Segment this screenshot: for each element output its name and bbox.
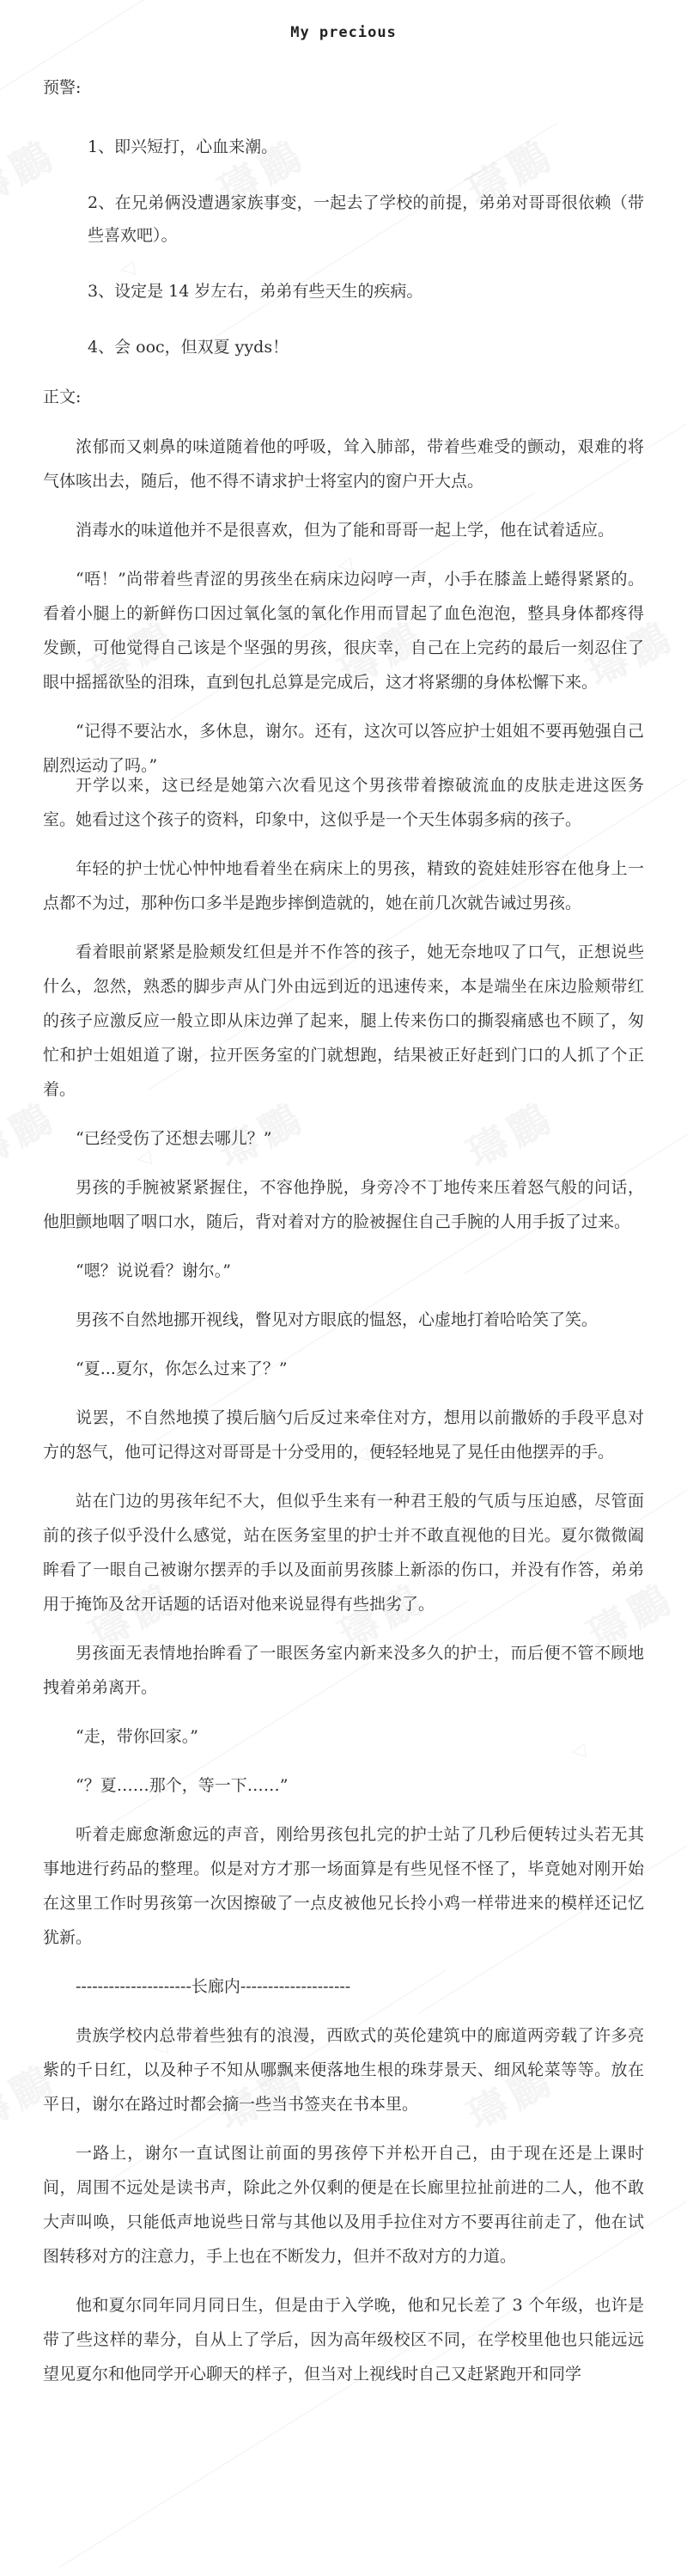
paragraph: “唔！”尚带着些青涩的男孩坐在病床边闷哼一声，小手在膝盖上蜷得紧紧的。看着小腿上… xyxy=(43,562,644,699)
paragraph: 年轻的护士忧心忡忡地看着坐在病床上的男孩，精致的瓷娃娃形容在他身上一点都不为过，… xyxy=(43,852,644,920)
paragraph: 说罢，不自然地摸了摸后脑勺后反过来牵住对方，想用以前撒娇的手段平息对方的怒气，他… xyxy=(43,1401,644,1469)
warning-item: 1、即兴短打，心血来潮。 xyxy=(88,131,644,163)
paragraph: “已经受伤了还想去哪儿？” xyxy=(43,1121,644,1156)
warning-item: 2、在兄弟俩没遭遇家族事变，一起去了学校的前提，弟弟对哥哥很依赖（带些喜欢吧）。 xyxy=(88,186,644,252)
document-content: My precious 预警: 1、即兴短打，心血来潮。2、在兄弟俩没遭遇家族事… xyxy=(0,0,687,2391)
paragraph: 听着走廊愈渐愈远的声音，刚给男孩包扎完的护士站了几秒后便转过头若无其事地进行药品… xyxy=(43,1817,644,1955)
paragraph: 一路上，谢尔一直试图让前面的男孩停下并松开自己，由于现在还是上课时间，周围不远处… xyxy=(43,2136,644,2274)
paragraph: “走，带你回家。” xyxy=(43,1719,644,1754)
paragraph: 贵族学校内总带着些独有的浪漫，西欧式的英伦建筑中的廊道两旁载了许多亮紫的千日红，… xyxy=(43,2018,644,2121)
warning-item: 4、会 ooc，但双夏 yyds！ xyxy=(88,331,644,363)
paragraph: 男孩不自然地挪开视线，瞥见对方眼底的愠怒，心虚地打着哈哈笑了笑。 xyxy=(43,1303,644,1337)
paragraph: 浓郁而又刺鼻的味道随着他的呼吸，耸入肺部，带着些难受的颤动，艰难的将气体咳出去，… xyxy=(43,430,644,498)
paragraph: 男孩的手腕被紧紧握住，不容他挣脱，身旁冷不丁地传来压着怒气般的问话，他胆颤地咽了… xyxy=(43,1170,644,1239)
paragraph: “夏...夏尔，你怎么过来了？” xyxy=(43,1352,644,1386)
document-page: 璹鸝璹鸝璹鸝璹鸝璹鸝璹鸝璹鸝璹鸝璹鸝璹鸝璹鸝璹鸝璹鸝璹鸝璹鸝◁◁◁◁◁◁◁◁ M… xyxy=(0,0,687,2576)
paragraph: 站在门边的男孩年纪不大，但似乎生来有一种君王般的气质与压迫感，尽管面前的孩子似乎… xyxy=(43,1484,644,1621)
section-divider: ---------------------长廊内----------------… xyxy=(43,1969,644,2004)
paragraph: 消毒水的味道他并不是很喜欢，但为了能和哥哥一起上学，他在试着适应。 xyxy=(43,513,644,547)
paragraph: “嗯？说说看？谢尔。” xyxy=(43,1254,644,1288)
paragraph: 他和夏尔同年同月同日生，但是由于入学晚，他和兄长差了 3 个年级，也许是带了些这… xyxy=(43,2288,644,2391)
warning-list: 1、即兴短打，心血来潮。2、在兄弟俩没遭遇家族事变，一起去了学校的前提，弟弟对哥… xyxy=(43,131,644,363)
paragraph: “？夏……那个，等一下……” xyxy=(43,1768,644,1803)
paragraph: 男孩面无表情地抬眸看了一眼医务室内新来没多久的护士，而后便不管不顾地拽着弟弟离开… xyxy=(43,1636,644,1705)
body-paragraphs: 浓郁而又刺鼻的味道随着他的呼吸，耸入肺部，带着些难受的颤动，艰难的将气体咳出去，… xyxy=(43,430,644,2391)
paragraph: 开学以来，这已经是她第六次看见这个男孩带着擦破流血的皮肤走进这医务室。她看过这个… xyxy=(43,768,644,837)
document-title: My precious xyxy=(43,24,644,41)
paragraph: 看着眼前紧紧是脸颊发红但是并不作答的孩子，她无奈地叹了口气，正想说些什么，忽然，… xyxy=(43,935,644,1107)
warning-item: 3、设定是 14 岁左右，弟弟有些天生的疾病。 xyxy=(88,275,644,308)
warning-label: 预警: xyxy=(43,77,644,98)
body-label: 正文: xyxy=(43,387,644,407)
